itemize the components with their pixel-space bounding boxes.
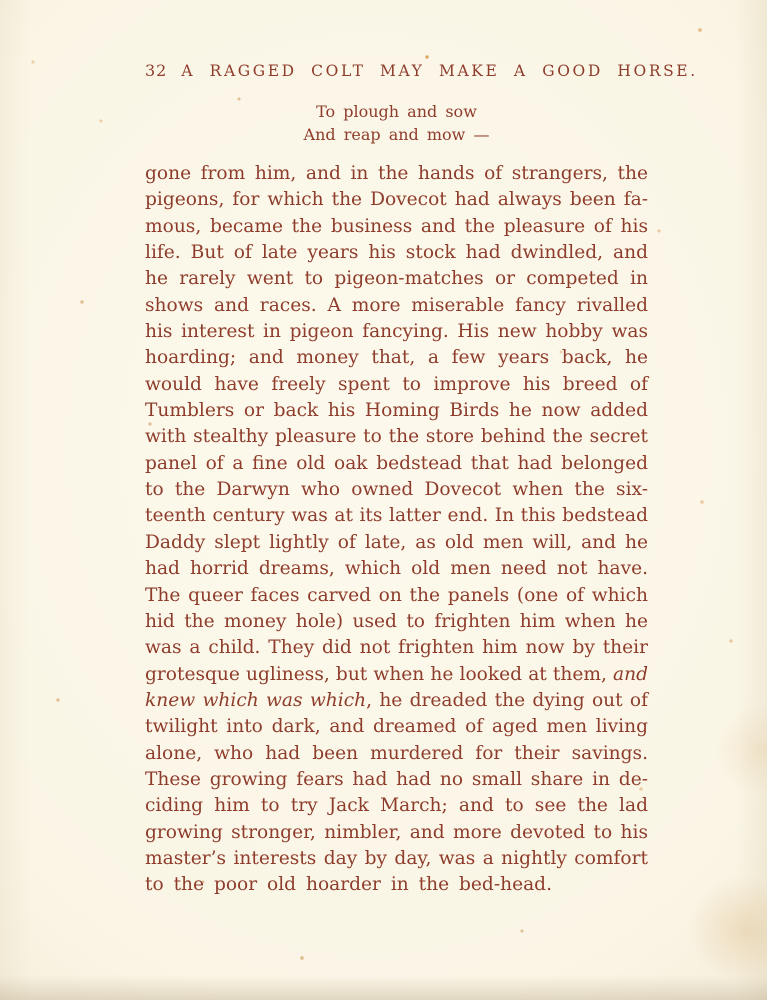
body-line: had horrid dreams, which old men need no… — [145, 556, 648, 582]
body-line: gone from him, and in the hands of stran… — [145, 161, 648, 187]
body-line: Daddy slept lightly of late, as old men … — [145, 530, 648, 556]
body-line: mous, became the business and the pleasu… — [145, 214, 648, 240]
body-line: would have freely spent to improve his b… — [145, 372, 648, 398]
body-text: gone from him, and in the hands of stran… — [145, 161, 648, 899]
body-line: his interest in pigeon fancying. His new… — [145, 319, 648, 345]
body-line: hoarding; and money that, a few years ba… — [145, 345, 648, 371]
body-line: to the Darwyn who owned Dovecot when the… — [145, 477, 648, 503]
body-line: pigeons, for which the Dovecot had alway… — [145, 187, 648, 213]
body-line: The queer faces carved on the panels (on… — [145, 583, 648, 609]
body-line: alone, who had been murdered for their s… — [145, 741, 648, 767]
chapter-title: A RAGGED COLT MAY MAKE A GOOD HORSE. — [181, 62, 697, 80]
verse-line: To plough and sow — [145, 101, 648, 124]
body-line: life. But of late years his stock had dw… — [145, 240, 648, 266]
body-line: ciding him to try Jack March; and to see… — [145, 793, 648, 819]
body-line: Tumblers or back his Homing Birds he now… — [145, 398, 648, 424]
body-line: to the poor old hoarder in the bed-head. — [145, 872, 648, 898]
verse-line: And reap and mow — — [145, 124, 648, 147]
body-line: grotesque ugliness, but when he looked a… — [145, 662, 648, 688]
body-line: with stealthy pleasure to the store behi… — [145, 424, 648, 450]
body-line: knew which was which, he dreaded the dyi… — [145, 688, 648, 714]
body-line: twilight into dark, and dreamed of aged … — [145, 714, 648, 740]
book-page: 32 A RAGGED COLT MAY MAKE A GOOD HORSE. … — [0, 0, 767, 1000]
page-number: 32 — [145, 61, 167, 80]
body-line: teenth century was at its latter end. In… — [145, 503, 648, 529]
body-line: master’s interests day by day, was a nig… — [145, 846, 648, 872]
verse-quote: To plough and sow And reap and mow — — [145, 101, 648, 146]
body-line: hid the money hole) used to frighten him… — [145, 609, 648, 635]
body-line: panel of a fine old oak bedstead that ha… — [145, 451, 648, 477]
body-line: was a child. They did not frighten him n… — [145, 635, 648, 661]
running-head: 32 A RAGGED COLT MAY MAKE A GOOD HORSE. — [145, 61, 648, 80]
body-line: These growing fears had had no small sha… — [145, 767, 648, 793]
body-line: he rarely went to pigeon-matches or comp… — [145, 266, 648, 292]
body-line: shows and races. A more miserable fancy … — [145, 293, 648, 319]
body-line: growing stronger, nimbler, and more devo… — [145, 820, 648, 846]
